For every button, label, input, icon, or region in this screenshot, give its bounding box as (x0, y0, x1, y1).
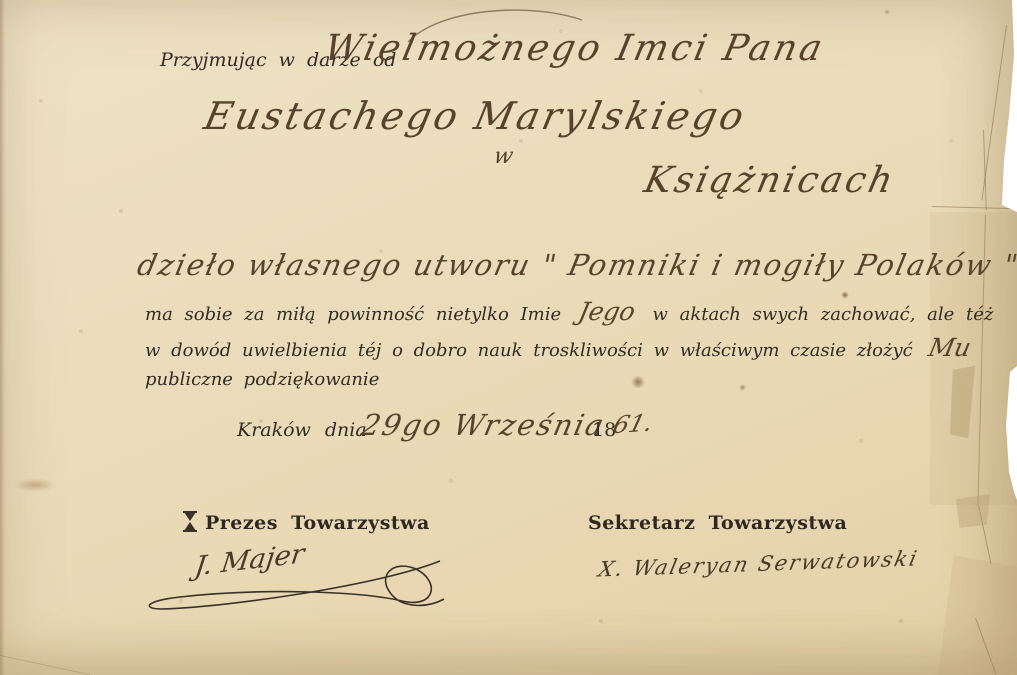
president-title: Prezes Towarzystwa (205, 512, 430, 534)
date-day-script: 29go Września (362, 408, 605, 442)
pledge-line1-pre: ma sobie za miłą powinność nietylko Imie (145, 304, 561, 325)
donor-name-script: Eustachego Marylskiego (205, 94, 746, 138)
ornament-mark-icon (184, 511, 196, 532)
stain (739, 384, 746, 391)
crease-line (0, 655, 90, 675)
date-place-printed: Kraków dnia (237, 419, 367, 441)
secretary-title: Sekretarz Towarzystwa (588, 512, 847, 534)
stain (884, 9, 890, 15)
date-year-script: 61. (614, 410, 652, 438)
paper-fold-flap (938, 555, 1017, 675)
pledge-line2-script: Mu (926, 333, 974, 362)
pledge-line-3: publiczne podziękowanie (145, 369, 379, 390)
paper-fold-flap (956, 494, 992, 528)
place-script: Książnicach (645, 160, 895, 201)
pledge-line-2: w dowód uwielbienia téj o dobro nauk tro… (145, 333, 977, 362)
pledge-line-1: ma sobie za miłą powinność nietylko Imie… (145, 297, 993, 326)
paper-sheet: Przyjmując w darze od Wielmożnego Imci P… (0, 0, 1017, 675)
signature-flourish (140, 555, 450, 625)
pledge-line1-script: Jego (576, 297, 638, 326)
stain (630, 376, 646, 388)
secretary-signature: X. Waleryan Serwatowski (600, 552, 917, 576)
scanned-document: Przyjmując w darze od Wielmożnego Imci P… (0, 0, 1017, 675)
opening-script-text: Wielmożnego Imci Pana (325, 28, 824, 69)
in-word-script: w (494, 144, 513, 169)
pledge-line2-pre: w dowód uwielbienia téj o dobro nauk tro… (145, 340, 913, 361)
crease-line (978, 505, 991, 564)
pledge-line1-post: w aktach swych zachować, ale téż (652, 304, 993, 325)
paper-left-edge-shadow (0, 0, 5, 675)
crease-line (932, 206, 1017, 209)
work-title-script: dzieło własnego utworu " Pomniki i mogił… (138, 248, 1017, 282)
crease-line (975, 618, 996, 675)
paper-fold-flap (950, 366, 978, 442)
stain (14, 478, 56, 492)
paper-speckles (0, 0, 2, 2)
